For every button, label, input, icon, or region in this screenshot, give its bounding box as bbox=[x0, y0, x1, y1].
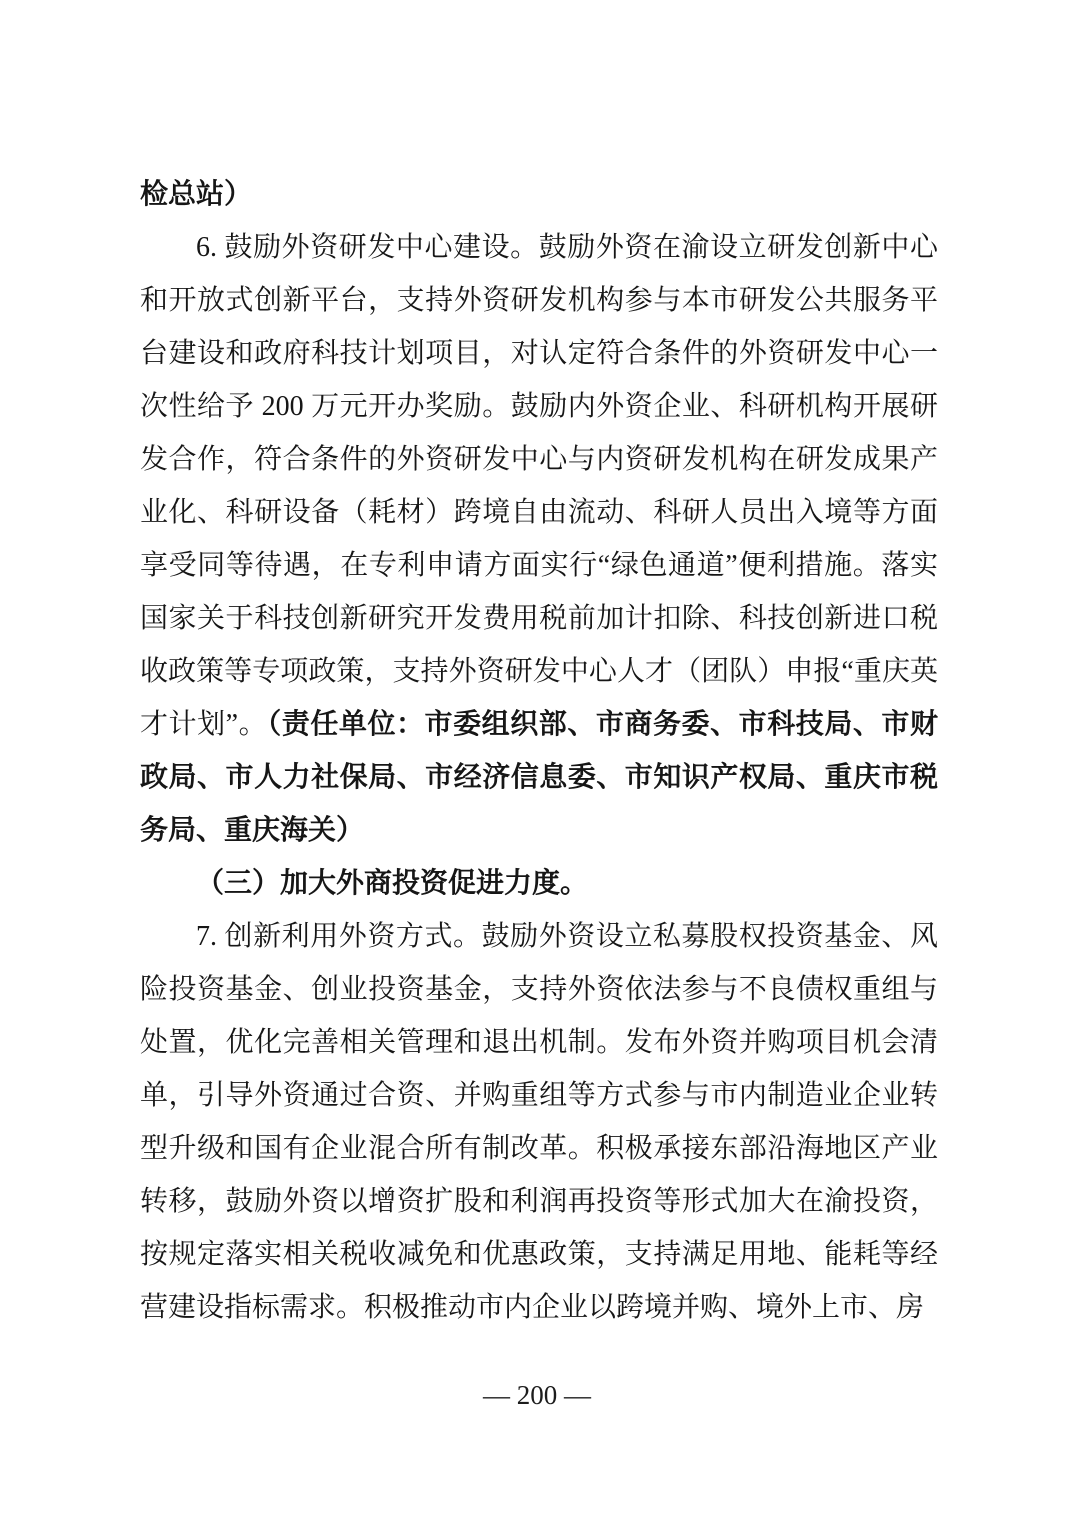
text-segment: 鼓励外资在渝设立研发创新中心和开放式创新平台，支持外资研发机构参与本市研发公共服… bbox=[140, 232, 938, 740]
text-segment: 鼓励外资设立私募股权投资基金、风险投资基金、创业投资基金，支持外资依法参与不良债… bbox=[140, 921, 938, 1323]
text-segment: 6. 鼓励外资研发中心建设。 bbox=[196, 232, 539, 263]
document-page: 检总站）6. 鼓励外资研发中心建设。鼓励外资在渝设立研发创新中心和开放式创新平台… bbox=[0, 0, 1074, 1520]
document-body: 检总站）6. 鼓励外资研发中心建设。鼓励外资在渝设立研发创新中心和开放式创新平台… bbox=[140, 168, 938, 1334]
paragraph: 检总站） bbox=[140, 168, 938, 221]
bold-text-segment: 检总站） bbox=[140, 179, 252, 210]
bold-text-segment: （三）加大外商投资促进力度。 bbox=[196, 868, 588, 899]
paragraph: 7. 创新利用外资方式。鼓励外资设立私募股权投资基金、风险投资基金、创业投资基金… bbox=[140, 910, 938, 1334]
page-number: — 200 — bbox=[0, 1378, 1074, 1412]
text-segment: 7. 创新利用外资方式。 bbox=[196, 921, 482, 952]
paragraph: 6. 鼓励外资研发中心建设。鼓励外资在渝设立研发创新中心和开放式创新平台，支持外… bbox=[140, 221, 938, 857]
paragraph: （三）加大外商投资促进力度。 bbox=[140, 857, 938, 910]
